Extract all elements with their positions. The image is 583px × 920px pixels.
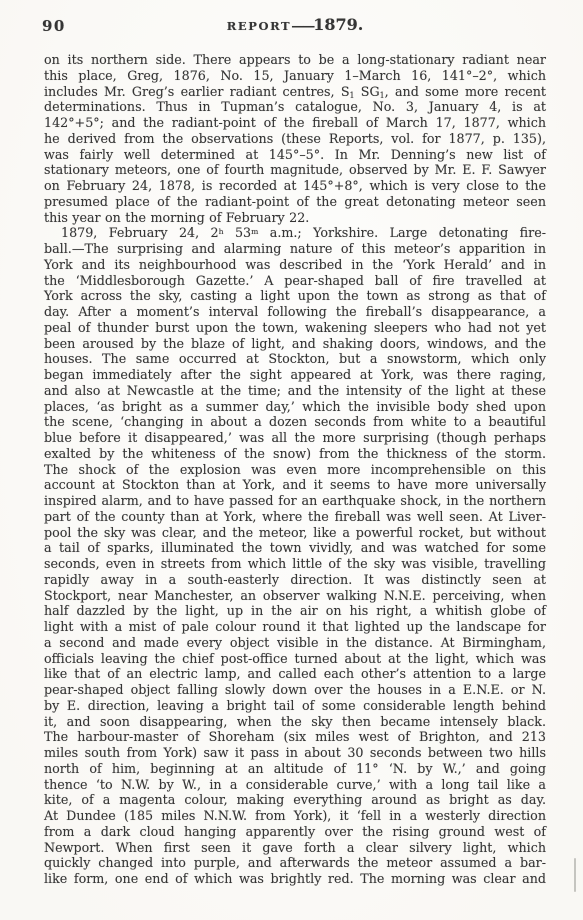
text-line: 142°+5°; and the radiant-point of the fi…: [44, 115, 546, 131]
text-line: by E. direction, leaving a bright tail o…: [44, 698, 546, 714]
running-title-dash: ——: [291, 19, 313, 34]
text-line: pear-shaped object falling slowly down o…: [44, 682, 546, 698]
text-line: determinations. Thus in Tupman’s catalog…: [44, 99, 546, 115]
text-line: The shock of the explosion was even more…: [44, 462, 546, 478]
text-line: rapidly away in a south-easterly directi…: [44, 572, 546, 588]
scanned-page: 90 REPORT——1879. on its northern side. T…: [0, 0, 583, 920]
text-line: the ‘Middlesborough Gazette.’ A pear-sha…: [44, 273, 546, 289]
paragraph: on its northern side. There appears to b…: [44, 52, 546, 225]
text-line: this place, Greg, 1876, No. 15, January …: [44, 68, 546, 84]
text-line: began immediately after the sight appear…: [44, 367, 546, 383]
running-title-year: 1879.: [313, 15, 363, 34]
text-line: At Dundee (185 miles N.N.W. from York), …: [44, 808, 546, 824]
page-text: on its northern side. There appears to b…: [44, 52, 546, 887]
text-line: officials leaving the chief post-office …: [44, 651, 546, 667]
text-line: from a dark cloud hanging apparently ove…: [44, 824, 546, 840]
text-line: light with a mist of pale colour round i…: [44, 619, 546, 635]
page-header: 90 REPORT——1879.: [44, 15, 546, 37]
text-line: thence ‘to N.W. by W., in a considerable…: [44, 777, 546, 793]
text-line: this year on the morning of February 22.: [44, 210, 546, 226]
text-line: kite, of a magenta colour, making everyt…: [44, 792, 546, 808]
text-line: houses. The same occurred at Stockton, b…: [44, 351, 546, 367]
text-line: like that of an electric lamp, and calle…: [44, 666, 546, 682]
text-line: pool the sky was clear, and the meteor, …: [44, 525, 546, 541]
text-line: north of him, beginning at an altitude o…: [44, 761, 546, 777]
text-line: a second and made every object visible i…: [44, 635, 546, 651]
text-line: been aroused by the blaze of light, and …: [44, 336, 546, 352]
text-line: 1879, February 24, 2h 53m a.m.; Yorkshir…: [44, 225, 546, 241]
text-line: Stockport, near Manchester, an observer …: [44, 588, 546, 604]
running-title: REPORT——1879.: [44, 15, 546, 34]
text-line: he derived from the observations (these …: [44, 131, 546, 147]
text-line: like form, one end of which was brightly…: [44, 871, 546, 887]
text-line: the scene, ‘changing in about a dozen se…: [44, 414, 546, 430]
text-line: inspired alarm, and to have passed for a…: [44, 493, 546, 509]
text-line: and also at Newcastle at the time; and t…: [44, 383, 546, 399]
text-line: seconds, even in streets from which litt…: [44, 556, 546, 572]
text-line: includes Mr. Greg’s earlier radiant cent…: [44, 84, 546, 100]
text-line: peal of thunder burst upon the town, wak…: [44, 320, 546, 336]
text-line: stationary meteors, one of fourth magnit…: [44, 162, 546, 178]
text-line: on its northern side. There appears to b…: [44, 52, 546, 68]
text-line: places, ‘as bright as a summer day,’ whi…: [44, 399, 546, 415]
text-line: it, and soon disappearing, when the sky …: [44, 714, 546, 730]
text-line: Newport. When first seen it gave forth a…: [44, 840, 546, 856]
text-line: York across the sky, casting a light upo…: [44, 288, 546, 304]
paragraph: 1879, February 24, 2h 53m a.m.; Yorkshir…: [44, 225, 546, 887]
text-line: The harbour-master of Shoreham (six mile…: [44, 729, 546, 745]
text-line: day. After a moment’s interval following…: [44, 304, 546, 320]
text-line: presumed place of the radiant-point of t…: [44, 194, 546, 210]
text-line: exalted by the whiteness of the snow) fr…: [44, 446, 546, 462]
text-line: part of the county than at York, where t…: [44, 509, 546, 525]
text-line: York and its neighbourhood was described…: [44, 257, 546, 273]
text-line: on February 24, 1878, is recorded at 145…: [44, 178, 546, 194]
text-line: half dazzled by the light, up in the air…: [44, 603, 546, 619]
text-line: miles south from York) saw it pass in ab…: [44, 745, 546, 761]
text-line: ball.—The surprising and alarming nature…: [44, 241, 546, 257]
text-line: blue before it disappeared,’ was all the…: [44, 430, 546, 446]
text-line: a tail of sparks, illuminated the town v…: [44, 540, 546, 556]
scan-artifact-line: [574, 858, 576, 892]
running-title-report: REPORT: [227, 19, 292, 33]
text-line: quickly changed into purple, and afterwa…: [44, 855, 546, 871]
text-line: was fairly well determined at 145°–5°. I…: [44, 147, 546, 163]
text-line: account at Stockton than at York, and it…: [44, 477, 546, 493]
